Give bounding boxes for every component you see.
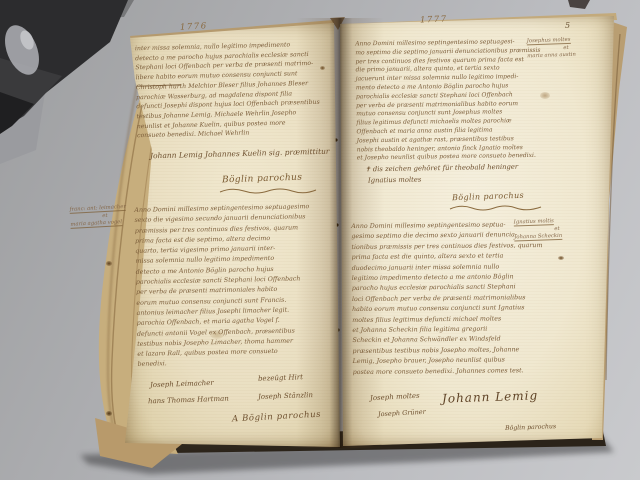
heading-flourish — [448, 203, 543, 213]
manuscript-line: postea more consueto benedixi. Johannes … — [353, 366, 544, 378]
left-signature-2: bezeügt Hirt — [258, 373, 303, 383]
left-page-number: 4· — [84, 30, 92, 39]
manuscript-photo: 4· 1776 inter missa solemnia, nullo legi… — [0, 0, 640, 480]
left-page-year: 1776 — [180, 21, 208, 32]
left-margin-note: franc: ant: leimacher et maria agatha vo… — [69, 203, 140, 229]
left-entry1-paragraph: inter missa solemnia, nullo legitimo imp… — [135, 40, 321, 141]
manuscript-line: habito eorum mutuo consensu conjuncti su… — [352, 303, 543, 315]
left-entry2-paragraph: Anno Domini millesimo septingentesimo se… — [134, 202, 312, 370]
heading-flourish — [218, 186, 318, 196]
right-entry2-paragraph: Anno Domini millesimo septingentesimo se… — [351, 220, 544, 378]
right-page-year: 1777 — [420, 15, 448, 26]
cover-top-nub — [568, 0, 590, 9]
right-entry1-signature-line2: Ignatius moltes — [368, 176, 421, 185]
right-page-number: 5 — [565, 21, 570, 30]
right-entry1-paragraph: Anno Domini millesimo septingentesimo se… — [355, 38, 557, 164]
